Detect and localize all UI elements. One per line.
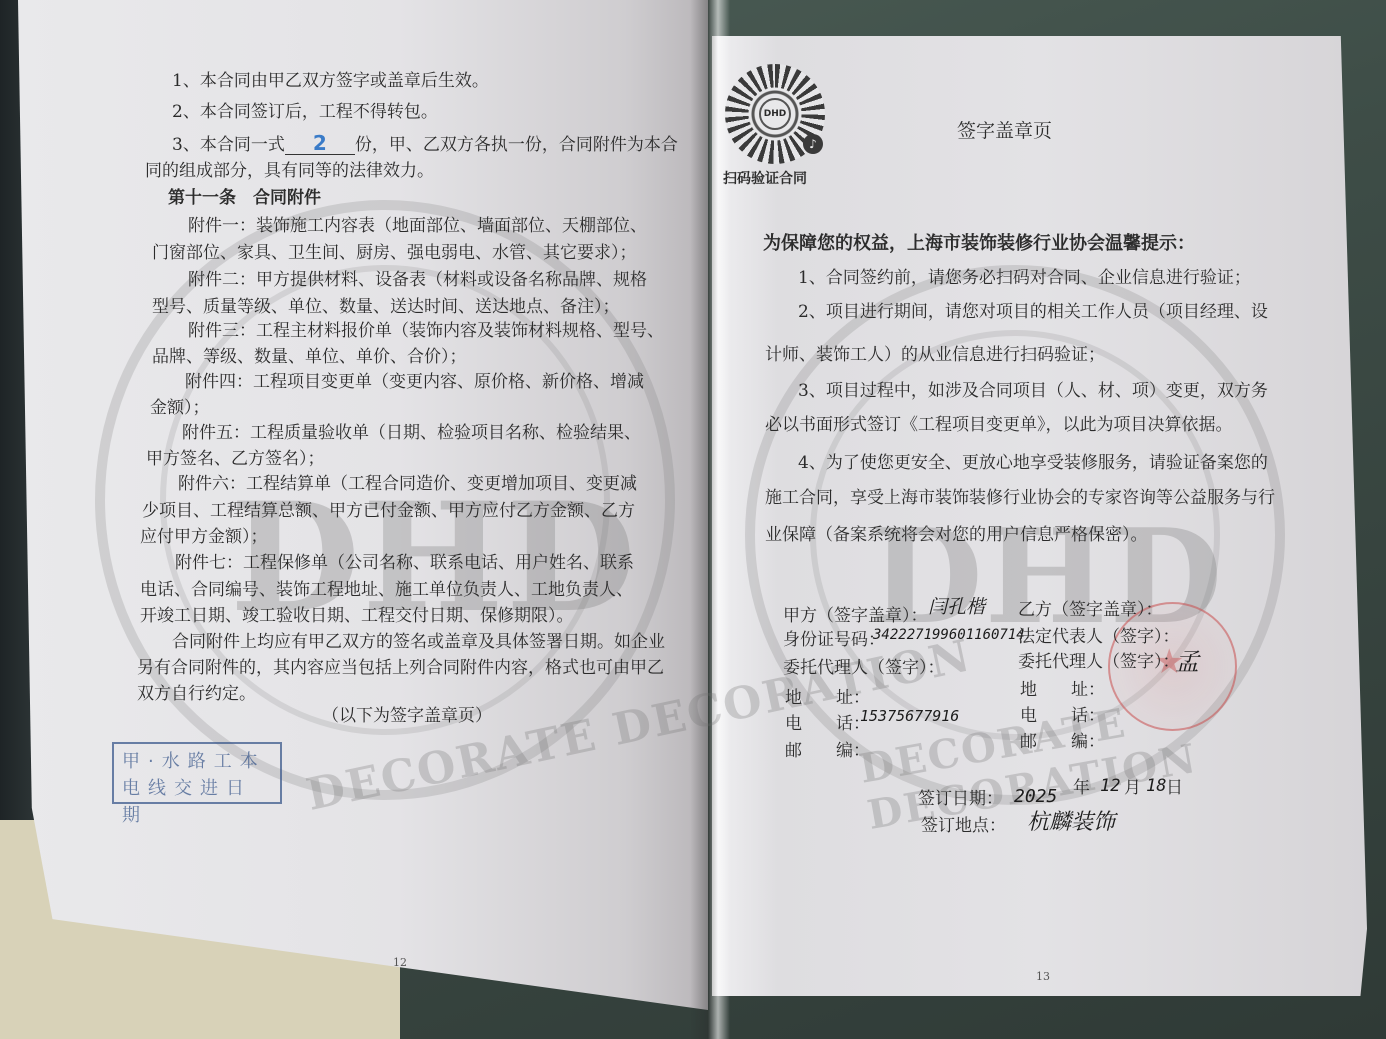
clause-3: 3、本合同一式2份，甲、乙双方各执一份，合同附件为本合	[172, 133, 678, 155]
blue-stamp: 甲·水路工本 电线交进日期	[112, 742, 282, 804]
attachment-1-line2: 门窗部位、家具、卫生间、厨房、强电弱电、水管、其它要求）；	[152, 245, 637, 262]
signing-day[interactable]: 18	[1146, 778, 1166, 795]
signing-year[interactable]: 2025	[1014, 788, 1057, 806]
attachment-1-line1: 附件一：装饰施工内容表（地面部位、墙面部位、天棚部位、	[188, 218, 647, 235]
notice-3-line1: 3、项目过程中，如涉及合同项目（人、材、项）变更，双方务	[798, 383, 1268, 400]
party-b-legal-rep-label: 法定代表人（签字）：	[1018, 629, 1180, 646]
notice-2-line2: 计师、装饰工人）的从业信息进行扫码验证；	[765, 347, 1105, 364]
clause-3-continuation: 同的组成部分，具有同等的法律效力。	[145, 163, 434, 180]
party-a-sign-label: 甲方（签字盖章）：	[783, 608, 928, 625]
party-b-agent-signature[interactable]: 孟	[1175, 650, 1199, 674]
page-title: 签字盖章页	[957, 122, 1052, 141]
attachment-4-line2: 金额）；	[150, 400, 210, 417]
party-a-id-value[interactable]: 342227199601160714	[873, 628, 1025, 642]
party-b-address-label: 地 址：	[1020, 682, 1105, 699]
blue-stamp-line2: 电线交进日期	[122, 775, 272, 829]
year-unit: 年	[1073, 780, 1090, 797]
day-unit: 日	[1166, 780, 1183, 797]
copies-value: 2	[313, 131, 327, 155]
page-number-right: 13	[1036, 970, 1050, 983]
party-a-agent-label: 委托代理人（签字）：	[783, 660, 945, 677]
party-b-phone-label: 电 话：	[1020, 708, 1105, 725]
notice-heading: 为保障您的权益，上海市装饰装修行业协会温馨提示：	[763, 235, 1195, 253]
clause-1: 1、本合同由甲乙双方签字或盖章后生效。	[172, 73, 489, 90]
party-a-address-label: 地 址：	[785, 690, 870, 707]
next-page-note: （以下为签字盖章页）	[322, 708, 492, 725]
copies-field: 2	[285, 133, 355, 155]
notice-1: 1、合同签约前，请您务必扫码对合同、企业信息进行验证；	[798, 270, 1251, 287]
clause-3-prefix: 3、本合同一式	[172, 135, 285, 155]
notice-2-line1: 2、项目进行期间，请您对项目的相关工作人员（项目经理、设	[798, 304, 1268, 321]
attachment-7-line2: 电话、合同编号、装饰工程地址、施工单位负责人、工地负责人、	[140, 582, 633, 599]
party-a-phone-label: 电 话：	[785, 716, 870, 733]
notice-4-line2: 施工合同，享受上海市装饰装修行业协会的专家咨询等公益服务与行	[765, 490, 1275, 507]
signing-place-label: 签订地点：	[921, 818, 1006, 835]
signing-date-label: 签订日期：	[918, 791, 1003, 808]
party-b-agent-label: 委托代理人（签字）：	[1018, 654, 1180, 671]
contract-page-13	[712, 36, 1367, 996]
qr-caption: 扫码验证合同	[723, 172, 807, 186]
page-number-left: 12	[393, 956, 407, 969]
clause-3-suffix: 份，甲、乙双方各执一份，合同附件为本合	[355, 135, 678, 155]
signing-month[interactable]: 12	[1100, 778, 1120, 795]
party-a-postcode-label: 邮 编：	[785, 743, 870, 760]
signing-place-value[interactable]: 杭麟装饰	[1027, 812, 1115, 834]
closing-line3: 双方自行约定。	[137, 686, 256, 703]
party-a-phone-value[interactable]: 15375677916	[860, 709, 959, 724]
attachment-6-line2: 少项目、工程结算总额、甲方已付金额、甲方应付乙方金额、乙方	[142, 503, 635, 520]
attachment-7-line1: 附件七：工程保修单（公司名称、联系电话、用户姓名、联系	[175, 555, 634, 572]
attachment-6-line1: 附件六：工程结算单（工程合同造价、变更增加项目、变更减	[178, 476, 637, 493]
attachment-7-line3: 开竣工日期、竣工验收日期、工程交付日期、保修期限）。	[140, 608, 574, 625]
attachment-6-line3: 应付甲方金额）；	[140, 529, 268, 546]
attachment-2-line1: 附件二：甲方提供材料、设备表（材料或设备名称品牌、规格	[188, 272, 647, 289]
party-b-postcode-label: 邮 编：	[1020, 734, 1105, 751]
attachment-5-line2: 甲方签名、乙方签名）；	[146, 451, 325, 468]
party-b-sign-label: 乙方（签字盖章）：	[1018, 602, 1163, 619]
article-heading: 第十一条 合同附件	[168, 190, 321, 207]
attachment-5-line1: 附件五：工程质量验收单（日期、检验项目名称、检验结果、	[182, 425, 641, 442]
mini-program-icon: ♪	[803, 134, 823, 154]
party-a-id-label: 身份证号码：	[783, 632, 885, 649]
notice-4-line1: 4、为了使您更安全、更放心地享受装修服务，请验证备案您的	[798, 455, 1268, 472]
attachment-3-line2: 品牌、等级、数量、单位、单价、合价）；	[152, 349, 467, 366]
clause-2: 2、本合同签订后，工程不得转包。	[172, 104, 438, 121]
notice-4-line3: 业保障（备案系统将会对您的用户信息严格保密）。	[765, 527, 1148, 544]
party-a-signature[interactable]: 闫孔楷	[928, 598, 985, 617]
attachment-4-line1: 附件四：工程项目变更单（变更内容、原价格、新价格、增减	[185, 374, 644, 391]
attachment-2-line2: 型号、质量等级、单位、数量、送达时间、送达地点、备注）；	[152, 299, 620, 316]
closing-line1: 合同附件上均应有甲乙双方的签名或盖章及具体签署日期。如企业	[172, 634, 665, 651]
closing-line2: 另有合同附件的，其内容应当包括上列合同附件内容，格式也可由甲乙	[137, 660, 664, 677]
month-unit: 月	[1124, 780, 1141, 797]
blue-stamp-line1: 甲·水路工本	[122, 748, 272, 775]
notice-3-line2: 必以书面形式签订《工程项目变更单》，以此为项目决算依据。	[765, 417, 1233, 434]
qr-logo-icon: DHD	[759, 98, 791, 130]
attachment-3-line1: 附件三：工程主材料报价单（装饰内容及装饰材料规格、型号、	[188, 323, 664, 340]
